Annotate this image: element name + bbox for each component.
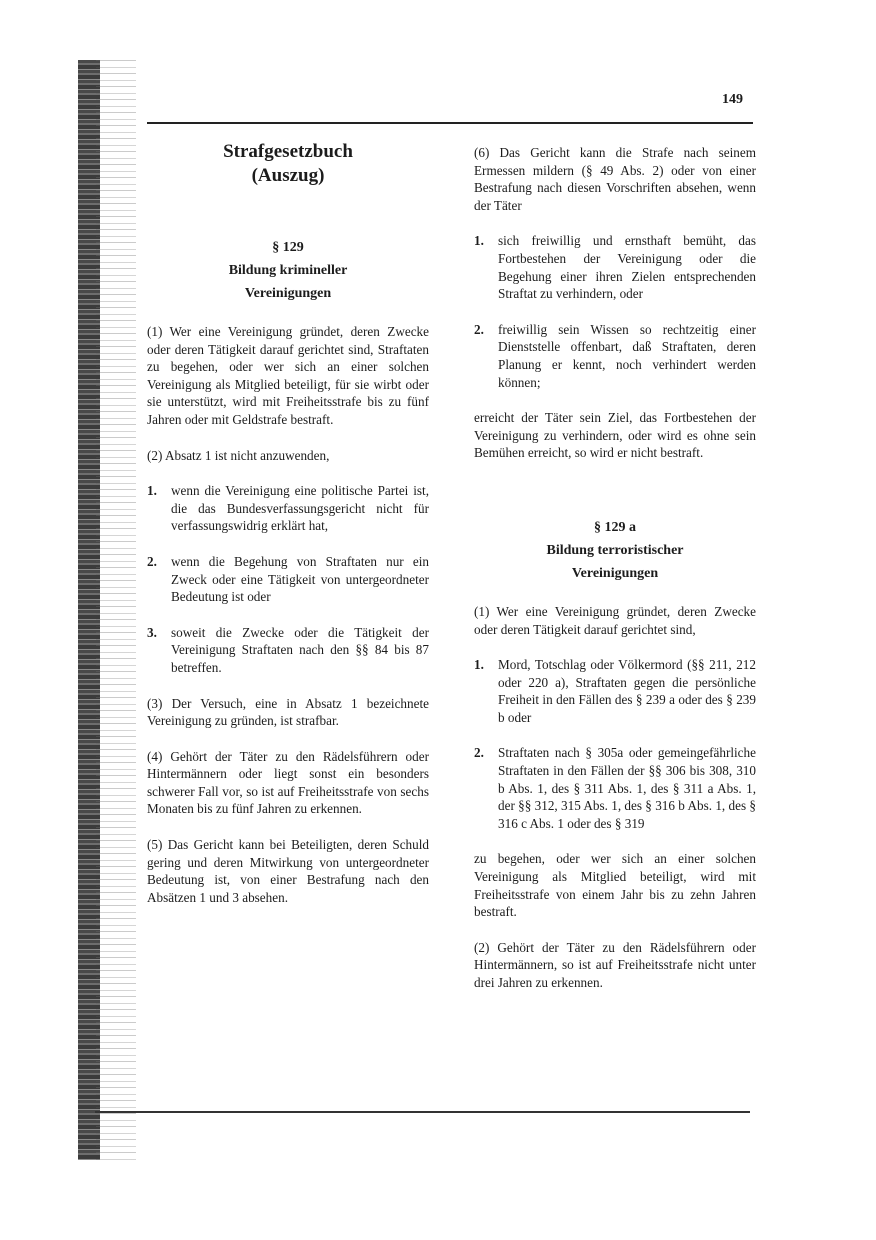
item-text: soweit die Zwecke oder die Tätigkeit der… [171,624,429,677]
section-number: § 129 [147,236,429,259]
paragraph-6-tail: erreicht der Täter sein Ziel, das Fortbe… [474,409,756,462]
list-item: 1. Mord, Totschlag oder Völkermord (§§ 2… [474,656,756,726]
paragraph-5: (5) Das Gericht kann bei Beteiligten, de… [147,836,429,906]
paragraph-4: (4) Gehört der Täter zu den Rädelsführer… [147,748,429,818]
document-title: Strafgesetzbuch (Auszug) [147,140,429,188]
paragraph-3: (3) Der Versuch, eine in Absatz 1 bezeic… [147,695,429,730]
item-text: freiwillig sein Wissen so rechtzeitig ei… [498,321,756,391]
item-number: 1. [474,232,498,302]
paragraph-129a-2: (2) Gehört der Täter zu den Rädelsführer… [474,939,756,992]
section-number: § 129 a [474,516,756,539]
item-number: 1. [147,482,171,535]
list-item: 1. sich freiwillig und ernsthaft bemüht,… [474,232,756,302]
spacer [474,480,756,516]
list-item: 2. wenn die Begehung von Straftaten nur … [147,553,429,606]
list-item: 3. soweit die Zwecke oder die Tätigkeit … [147,624,429,677]
right-column: (6) Das Gericht kann die Strafe nach sei… [474,144,756,1010]
section-129a-heading: § 129 a Bildung terroristischer Vereinig… [474,516,756,585]
item-text: Straftaten nach § 305a oder gemeingefähr… [498,744,756,832]
paragraph-2: (2) Absatz 1 ist nicht anzuwenden, [147,447,429,465]
item-text: wenn die Vereinigung eine politische Par… [171,482,429,535]
left-column: Strafgesetzbuch (Auszug) § 129 Bildung k… [147,140,429,924]
page-number: 149 [722,92,743,108]
item-number: 2. [474,321,498,391]
paragraph-129a-1-tail: zu begehen, oder wer sich an einer solch… [474,850,756,920]
item-text: wenn die Begehung von Straftaten nur ein… [171,553,429,606]
section-title-line-1: Bildung terroristischer [474,539,756,562]
paragraph-6: (6) Das Gericht kann die Strafe nach sei… [474,144,756,214]
list-item: 2. Straftaten nach § 305a oder gemeingef… [474,744,756,832]
list-item: 1. wenn die Vereinigung eine politische … [147,482,429,535]
scan-binding-edge [78,60,100,1160]
item-number: 1. [474,656,498,726]
footer-rule [95,1111,750,1113]
item-number: 3. [147,624,171,677]
paragraph-1: (1) Wer eine Vereinigung gründet, deren … [147,323,429,429]
section-title-line-2: Vereinigungen [147,282,429,305]
header-rule [147,122,753,124]
item-number: 2. [474,744,498,832]
section-title-line-1: Bildung krimineller [147,259,429,282]
item-number: 2. [147,553,171,606]
item-text: Mord, Totschlag oder Völkermord (§§ 211,… [498,656,756,726]
title-line-1: Strafgesetzbuch [147,140,429,164]
section-129-heading: § 129 Bildung krimineller Vereinigungen [147,236,429,305]
list-item: 2. freiwillig sein Wissen so rechtzeitig… [474,321,756,391]
paragraph-129a-1: (1) Wer eine Vereinigung gründet, deren … [474,603,756,638]
title-line-2: (Auszug) [147,164,429,188]
section-title-line-2: Vereinigungen [474,562,756,585]
item-text: sich freiwillig und ernsthaft bemüht, da… [498,232,756,302]
